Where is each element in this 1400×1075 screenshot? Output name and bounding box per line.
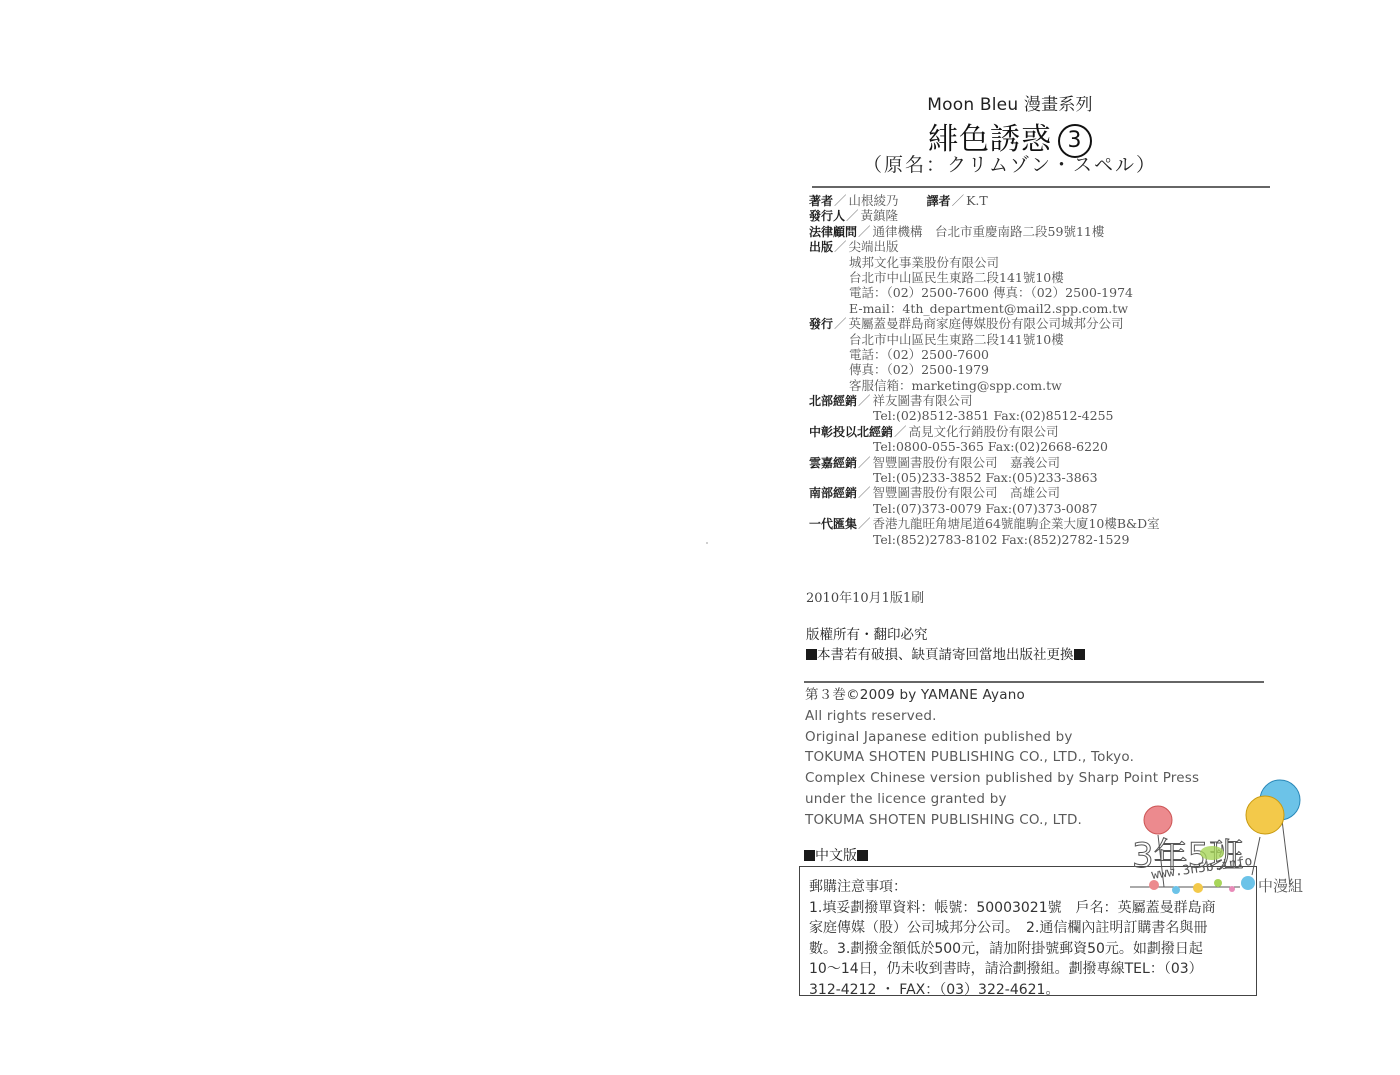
- scan-speck: [706, 542, 708, 544]
- notice-line: 1.填妥劃撥單資料：帳號：50003021號 戶名：英屬蓋曼群島商: [809, 898, 1256, 919]
- black-square-icon: [1074, 649, 1085, 660]
- notice-line: 10～14日，仍未收到書時，請洽劃撥組。劃撥專線TEL：（03）: [809, 959, 1256, 980]
- credit-row: 出版／尖端出版: [809, 239, 1160, 254]
- credit-row: 台北市中山區民生東路二段141號10樓: [809, 270, 1160, 285]
- credit-row: E-mail：4th_department@mail2.spp.com.tw: [809, 301, 1160, 316]
- credit-row: 中彰投以北經銷／高見文化行銷股份有限公司: [809, 424, 1160, 439]
- credit-row: 北部經銷／祥友圖書有限公司: [809, 393, 1160, 408]
- copyright-line: All rights reserved.: [805, 706, 1199, 727]
- copyright-line: 第３巻©2009 by YAMANE Ayano: [805, 685, 1199, 706]
- divider: [812, 186, 1270, 188]
- rights-line: 版權所有・翻印必究: [806, 625, 1085, 645]
- credit-row: 一代匯集／香港九龍旺角塘尾道64號龍駒企業大廈10樓B&D室: [809, 516, 1160, 531]
- credit-row: 發行／英屬蓋曼群島商家庭傳媒股份有限公司城邦分公司: [809, 316, 1160, 331]
- replacement-notice: 本書若有破損、缺頁請寄回當地出版社更換: [806, 645, 1085, 665]
- credit-row: 台北市中山區民生東路二段141號10樓: [809, 332, 1160, 347]
- notice-line: 數。3.劃撥金額低於500元，請加附掛號郵資50元。如劃撥日起: [809, 939, 1256, 960]
- copyright-line: Original Japanese edition published by: [805, 727, 1199, 748]
- credit-row: 雲嘉經銷／智豐圖書股份有限公司 嘉義公司: [809, 455, 1160, 470]
- credit-row: 著者／山根綾乃譯者／K.T: [809, 193, 1160, 208]
- credit-row: 傳真：（02）2500-1979: [809, 362, 1160, 377]
- series-name: Moon Bleu 漫畫系列: [830, 90, 1190, 115]
- credits-block: 著者／山根綾乃譯者／K.T 發行人／黃鎮隆 法律顧問／通律機構 台北市重慶南路二…: [809, 193, 1160, 547]
- divider: [804, 681, 1264, 683]
- credit-row: Tel:(02)8512-3851 Fax:(02)8512-4255: [809, 408, 1160, 423]
- credit-row: Tel:(05)233-3852 Fax:(05)233-3863: [809, 470, 1160, 485]
- credit-row: Tel:(07)373-0079 Fax:(07)373-0087: [809, 501, 1160, 516]
- print-date: 2010年10月1版1刷: [806, 587, 924, 606]
- credit-row: 發行人／黃鎮隆: [809, 208, 1160, 223]
- notice-line: 312-4212 ・ FAX：（03）322-4621。: [809, 980, 1256, 1001]
- colophon-page: Moon Bleu 漫畫系列 緋色誘惑3 （原名：クリムゾン・スペル） 著者／山…: [0, 0, 1400, 1075]
- copyright-line: TOKUMA SHOTEN PUBLISHING CO., LTD., Toky…: [805, 747, 1199, 768]
- original-title: （原名：クリムゾン・スペル）: [830, 150, 1190, 177]
- chinese-edition-label: 中文版: [804, 845, 868, 865]
- black-square-icon: [857, 850, 868, 861]
- watermark-group: 中漫組: [1258, 877, 1303, 895]
- credit-row: Tel:0800-055-365 Fax:(02)2668-6220: [809, 439, 1160, 454]
- credit-row: 南部經銷／智豐圖書股份有限公司 高雄公司: [809, 485, 1160, 500]
- credit-row: Tel:(852)2783-8102 Fax:(852)2782-1529: [809, 532, 1160, 547]
- credit-row: 法律顧問／通律機構 台北市重慶南路二段59號11樓: [809, 224, 1160, 239]
- scanlation-watermark: 3年5班 www.3n5b.info 中漫組: [1130, 775, 1310, 895]
- balloon-logo-icon: 3年5班 www.3n5b.info 中漫組: [1130, 775, 1310, 895]
- credit-row: 電話：（02）2500-7600: [809, 347, 1160, 362]
- credit-row: 電話：（02）2500-7600 傳真：（02）2500-1974: [809, 285, 1160, 300]
- notice-line: 家庭傳媒（股）公司城邦分公司。 2.通信欄內註明訂購書名與冊: [809, 918, 1256, 939]
- rights-notice: 版權所有・翻印必究 本書若有破損、缺頁請寄回當地出版社更換: [806, 625, 1085, 665]
- black-square-icon: [806, 649, 817, 660]
- credit-row: 客服信箱：marketing@spp.com.tw: [809, 378, 1160, 393]
- credit-row: 城邦文化事業股份有限公司: [809, 255, 1160, 270]
- black-square-icon: [804, 850, 815, 861]
